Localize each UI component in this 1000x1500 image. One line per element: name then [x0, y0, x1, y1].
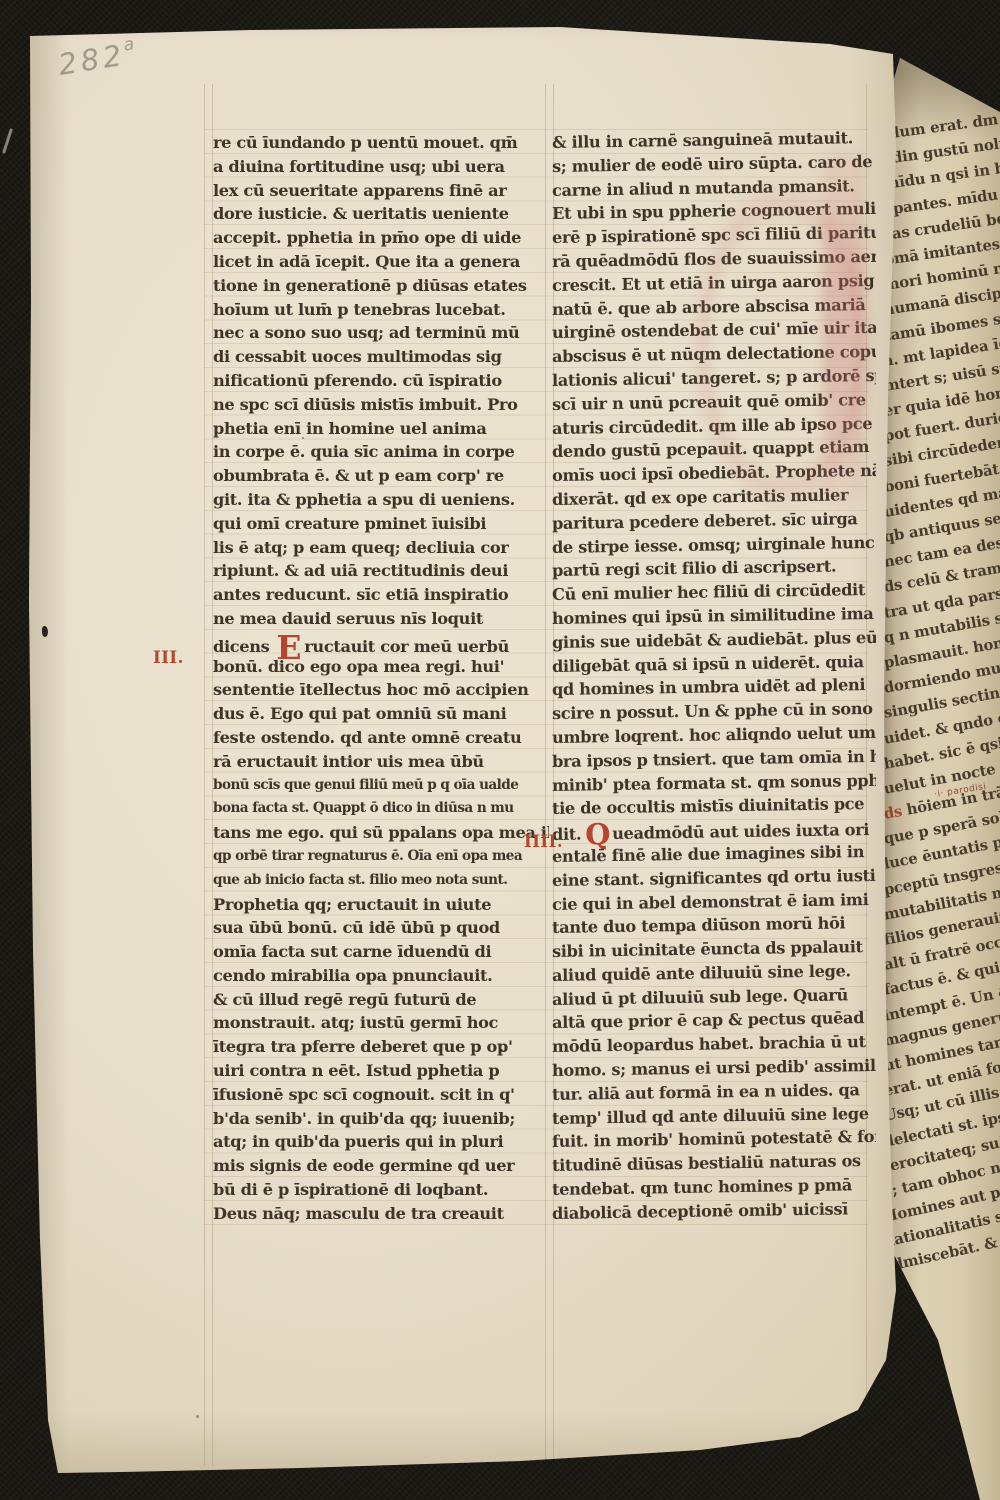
- text-line: er quia idē homines qui in: [882, 351, 1000, 424]
- text-line: a. mt lapidea īduit. nec hac: [882, 302, 1000, 374]
- backdrop-thread: [2, 128, 13, 154]
- pink-offset-stain: [822, 150, 864, 510]
- text-line: pmā imitantes. Quappt & ho: [882, 203, 1000, 273]
- text-line: qb antiquus serpens congau: [882, 474, 1000, 550]
- text-column-1: re cū īundando p uentū mouet. qm̄a diuin…: [213, 131, 549, 1226]
- text-line: ferocitateq; suā cohibent: [881, 1088, 1000, 1179]
- text-line: singulis sectin cur sū solus lu: [882, 646, 1000, 727]
- text-line: mīdu n qsi in brachiis suis in: [882, 130, 1000, 198]
- text-line: ds hōiem in trām uiu: [882, 744, 1000, 827]
- folio-number: 282a: [56, 34, 138, 82]
- interlinear-gloss: ·i· parodisi: [934, 782, 988, 800]
- text-line: mis signis de eode germine qd uer: [213, 1154, 549, 1178]
- text-line: bū di ē p īspirationē di loqbant.: [213, 1178, 549, 1202]
- text-line: mori hominū negligebāt nec: [882, 228, 1000, 298]
- text-line-segment: dicens: [213, 637, 269, 656]
- text-line: in corpe ē. quia sīc anima in corpe: [213, 440, 549, 464]
- text-line: que ab inicio facta st. filio meo nota s…: [213, 869, 549, 893]
- ink-speck: [500, 1049, 503, 1052]
- text-line: filios generauit. quor alt d: [882, 867, 1000, 953]
- text-line: tamū ibomes sic remanebāt: [882, 277, 1000, 349]
- text-line: cendo mirabilia opa pnunciauit.: [213, 964, 549, 988]
- text-line: ne spc scī diūsis mistīs imbuit. Pro: [213, 393, 549, 417]
- text-line: Deus nāq; masculu de tra creauit: [213, 1202, 549, 1226]
- text-line: humanā disciplinā iuuere th: [882, 252, 1000, 323]
- text-line: sibi circūdederāt. nec se a: [882, 400, 1000, 475]
- text-line: tans me ego. qui sū ppalans opa mea illi: [213, 821, 549, 845]
- text-line-segment: hōiem in trām uiu: [900, 775, 1000, 819]
- manuscript-page: 282a re cū īundando p uentū mouet. qm̄a …: [0, 0, 1000, 1500]
- text-line: plum erat. dm obliuiom trade: [882, 80, 1000, 147]
- text-line: antes reducunt. sīc etiā inspiratio: [213, 583, 549, 607]
- text-line: nificationū pferendo. cū īspiratio: [213, 369, 549, 393]
- text-line: plasmauit. homo qq; u: [882, 597, 1000, 676]
- text-line: factus ē. & qui deo immolauit: [882, 916, 1000, 1003]
- text-line: pot fuert. duriciā & graued: [882, 375, 1000, 449]
- text-line: sdin gustū noluntatis sue iui: [882, 105, 1000, 172]
- text-line: mutabilitatis missus ē. Ips: [882, 842, 1000, 927]
- text-line: ds celū & tram creauit.: [882, 523, 1000, 601]
- text-line: sas crudeliū bestiarū natur: [882, 179, 1000, 248]
- text-line: īfusionē spc scī cognouit. scit in q': [213, 1083, 549, 1107]
- text-line: erat. ut eniā fortissimas be: [881, 1015, 1000, 1104]
- ink-speck: [196, 1415, 199, 1418]
- chapter-numeral-iii: III.: [153, 648, 184, 667]
- text-line: b'da senib'. in quib'da qq; iuuenib;: [213, 1107, 549, 1131]
- text-line: bonū scīs que genui filiū meū p q oīa ua…: [213, 774, 549, 798]
- text-line: bonū. dico ego opa mea regi. hui': [213, 655, 549, 679]
- text-line: Homines aut pulc: [881, 1138, 1000, 1230]
- text-line: que p sperā solis n illu: [882, 769, 1000, 853]
- text-line: admiscebāt. & qd sic gene: [881, 1187, 1000, 1281]
- text-line: phetia enī in homine uel anima: [213, 417, 549, 441]
- text-line: diabolicā deceptionē omib' uicissī: [552, 1197, 876, 1226]
- text-line: ripiunt. & ad uiā rectitudinis deui: [213, 559, 549, 583]
- text-line: tra ut qda pars tre im: [882, 547, 1000, 625]
- text-line: alt ū fratrē occidens re: [882, 892, 1000, 978]
- text-line-segment: ructauit cor meū uerbū: [304, 637, 509, 656]
- text-line: feste ostendo. qd ante omnē creatu: [213, 726, 549, 750]
- text-line: intempt ē. Un & pla: [882, 941, 1000, 1029]
- vertical-ruling-line: [204, 84, 205, 1466]
- text-line: s; tam obhoc natu: [881, 1113, 1000, 1205]
- text-line: habet. sic ē qsi ill: [882, 695, 1000, 777]
- text-line: qp orbē tirar regnaturus ē. Oīa enī opa …: [213, 845, 549, 869]
- text-line: Usq; ut cū illis iocularen: [881, 1039, 1000, 1129]
- text-line: re cū īundando p uentū mouet. qm̄: [213, 131, 549, 155]
- text-line: dicensEructauit cor meū uerbū: [213, 631, 549, 655]
- text-line: uidet. & qndo oc: [882, 670, 1000, 751]
- folio-number-digits: 282: [56, 38, 128, 82]
- manuscript-photo: plum erat. dm obliuiom tradesdin gustū n…: [0, 0, 1000, 1500]
- text-line: ut homines tante fortitudinis: [881, 990, 1000, 1079]
- text-line: a diuina fortitudine usq; ubi uera: [213, 155, 549, 179]
- ink-speck: [737, 999, 740, 1002]
- text-line: obumbrata ē. & ut p eam corp' re: [213, 464, 549, 488]
- text-line: Prophetia qq; eructauit in uiute: [213, 893, 549, 917]
- text-line: nec a sono suo usq; ad terminū mū: [213, 321, 549, 345]
- text-line: rā eructauit intior uis mea ūbū: [213, 750, 549, 774]
- text-line: nec tam ea deserere uol: [882, 498, 1000, 575]
- text-line: accepit. pphetia in pm̄o ope di uide: [213, 226, 549, 250]
- text-line: & cū illud regē regū futurū de: [213, 988, 549, 1012]
- rubric-initial: ds: [882, 803, 903, 823]
- text-line: lex cū seueritate apparens finē ar: [213, 179, 549, 203]
- text-line: tione in generationē p diūsas etates: [213, 274, 549, 298]
- text-line: monstrauit. atq; iustū germī hoc: [213, 1011, 549, 1035]
- text-line: lis ē atq; p eam queq; decliuia cor: [213, 536, 549, 560]
- text-line: delectati st. ipseq; bestie: [881, 1064, 1000, 1155]
- text-line: atq; in quib'da pueris qui in pluri: [213, 1130, 549, 1154]
- text-line: git. ita & pphetia a spu di ueniens.: [213, 488, 549, 512]
- text-line: mtert s; uisū suū ad aquilo: [882, 326, 1000, 399]
- text-line: sententie ītellectus hoc mō accipien: [213, 678, 549, 702]
- text-line: uidentes qd mala & turp: [882, 449, 1000, 525]
- text-line: pceptū tnsgressus ī: [882, 818, 1000, 903]
- text-line: uelut in nocte obt: [882, 720, 1000, 802]
- ink-speck: [302, 437, 304, 439]
- text-line: omīa facta sut carne īduendū di: [213, 940, 549, 964]
- text-line: boni fuertebāt. in scientia fi: [882, 425, 1000, 500]
- facing-page-text-column: plum erat. dm obliuiom tradesdin gustū n…: [884, 122, 1000, 1281]
- text-line: licet in adā īcepit. Que ita a genera: [213, 250, 549, 274]
- text-line: dore iusticie. & ueritatis ueniente: [213, 202, 549, 226]
- text-line: luce ēuntatis pf: [882, 793, 1000, 877]
- ink-speck: [42, 626, 48, 637]
- text-line: dus ē. Ego qui pat omniū sū mani: [213, 702, 549, 726]
- text-line: epantes. mīdu aut in opib' na: [882, 154, 1000, 223]
- chapter-numeral-iiii: IIII.: [524, 832, 563, 851]
- text-line: q n mutabilis sit. ex qua cria: [882, 572, 1000, 651]
- text-line: ne mea dauid seruus nīs loquit: [213, 607, 549, 631]
- text-line: uiri contra n eēt. Istud pphetia p: [213, 1059, 549, 1083]
- text-line: di cessabit uoces multimodas sig: [213, 345, 549, 369]
- folio-number-superscript: a: [122, 34, 135, 55]
- text-line: bona facta st. Quappt ō dico in diūsa n …: [213, 797, 549, 821]
- text-line: qui omī creature pminet īuisibi: [213, 512, 549, 536]
- text-line: dormiendo mutabilis ē. Q: [882, 621, 1000, 701]
- text-line: sua ūbū bonū. cū idē ūbū p quod: [213, 916, 549, 940]
- text-line: hoīum ut lum̄ p tenebras lucebat.: [213, 298, 549, 322]
- text-line: ītegra tra pferre deberet que p op': [213, 1035, 549, 1059]
- text-line: nationalitatis sue mutaunt: [881, 1162, 1000, 1255]
- text-line: magnus generus ē. Nā in illa pma: [881, 965, 1000, 1053]
